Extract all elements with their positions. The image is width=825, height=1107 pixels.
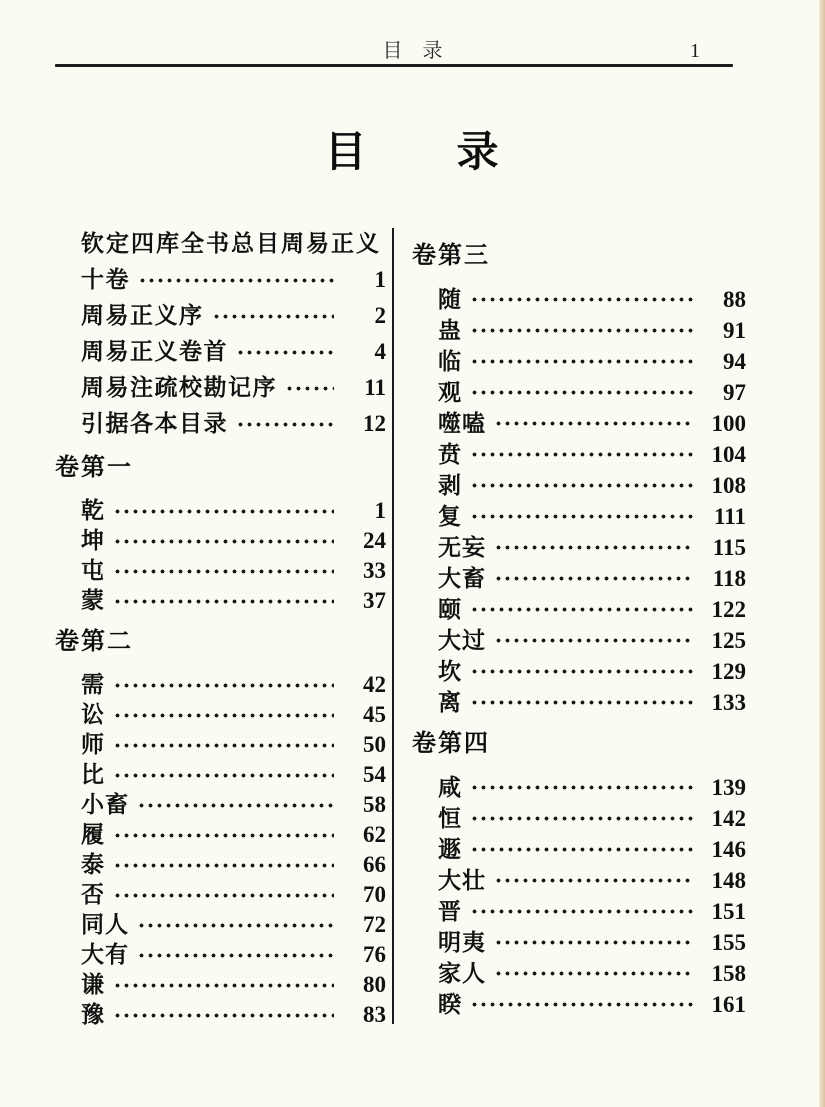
entry-label: 同人 bbox=[81, 910, 129, 940]
entry-label: 蒙 bbox=[81, 586, 105, 616]
entry-label: 贲 bbox=[438, 439, 462, 470]
toc-entry: 遯146 bbox=[412, 834, 746, 865]
entry-label: 晋 bbox=[438, 896, 462, 927]
entry-page-number: 42 bbox=[342, 670, 386, 700]
dot-leader bbox=[470, 450, 694, 459]
entry-label: 明夷 bbox=[438, 927, 486, 958]
toc-entry: 晋151 bbox=[412, 896, 746, 927]
entry-page-number: 58 bbox=[342, 790, 386, 820]
entry-label: 周易正义序 bbox=[81, 298, 204, 334]
entry-page-number: 158 bbox=[702, 958, 746, 989]
entry-label: 讼 bbox=[81, 700, 105, 730]
dot-leader bbox=[470, 698, 694, 707]
entry-label: 周易注疏校勘记序 bbox=[81, 370, 277, 406]
toc-entry: 咸139 bbox=[412, 772, 746, 803]
entry-page-number: 97 bbox=[702, 377, 746, 408]
entry-page-number: 139 bbox=[702, 772, 746, 803]
entry-page-number: 115 bbox=[702, 532, 746, 563]
dot-leader bbox=[236, 348, 334, 357]
entry-page-number: 94 bbox=[702, 346, 746, 377]
entry-label: 大有 bbox=[81, 940, 129, 970]
dot-leader bbox=[494, 419, 694, 428]
toc-entry: 否70 bbox=[55, 880, 386, 910]
entry-page-number: 146 bbox=[702, 834, 746, 865]
dot-leader bbox=[113, 891, 334, 900]
dot-leader bbox=[470, 481, 694, 490]
entry-page-number: 33 bbox=[342, 556, 386, 586]
dot-leader bbox=[113, 861, 334, 870]
dot-leader bbox=[470, 783, 694, 792]
dot-leader bbox=[470, 295, 694, 304]
toc-entry: 临94 bbox=[412, 346, 746, 377]
toc-entry: 无妄115 bbox=[412, 532, 746, 563]
entry-page-number: 111 bbox=[702, 501, 746, 532]
toc-entry: 师50 bbox=[55, 730, 386, 760]
entry-label: 否 bbox=[81, 880, 105, 910]
toc-entry: 贲104 bbox=[412, 439, 746, 470]
dot-leader bbox=[113, 597, 334, 606]
toc-entry: 噬嗑100 bbox=[412, 408, 746, 439]
entry-page-number: 72 bbox=[342, 910, 386, 940]
entry-page-number: 100 bbox=[702, 408, 746, 439]
entry-page-number: 129 bbox=[702, 656, 746, 687]
dot-leader bbox=[470, 814, 694, 823]
dot-leader bbox=[113, 981, 334, 990]
entry-page-number: 2 bbox=[342, 298, 386, 334]
dot-leader bbox=[113, 771, 334, 780]
dot-leader bbox=[113, 1011, 334, 1020]
entry-page-number: 118 bbox=[702, 563, 746, 594]
dot-leader bbox=[494, 876, 694, 885]
entry-label: 坎 bbox=[438, 656, 462, 687]
dot-leader bbox=[494, 543, 694, 552]
entry-page-number: 125 bbox=[702, 625, 746, 656]
toc-entry: 蒙37 bbox=[55, 586, 386, 616]
toc-entry: 比54 bbox=[55, 760, 386, 790]
running-header-page-number: 1 bbox=[690, 38, 700, 64]
toc-entry: 蛊91 bbox=[412, 315, 746, 346]
dot-leader bbox=[113, 537, 334, 546]
dot-leader bbox=[470, 326, 694, 335]
dot-leader bbox=[285, 384, 334, 393]
entry-label: 大壮 bbox=[438, 865, 486, 896]
entry-page-number: 50 bbox=[342, 730, 386, 760]
entry-page-number: 45 bbox=[342, 700, 386, 730]
toc-entry: 引据各本目录12 bbox=[55, 406, 386, 442]
toc-entry: 谦80 bbox=[55, 970, 386, 1000]
dot-leader bbox=[470, 512, 694, 521]
entry-page-number: 104 bbox=[702, 439, 746, 470]
toc-entry: 坤24 bbox=[55, 526, 386, 556]
entry-label: 豫 bbox=[81, 1000, 105, 1030]
toc-right-column: 卷第三随88蛊91临94观97噬嗑100贲104剥108复111无妄115大畜1… bbox=[412, 240, 746, 1020]
entry-page-number: 11 bbox=[342, 370, 386, 406]
entry-label: 家人 bbox=[438, 958, 486, 989]
entry-label: 大过 bbox=[438, 625, 486, 656]
toc-entry: 离133 bbox=[412, 687, 746, 718]
entry-label: 钦定四库全书总目周易正义 bbox=[81, 226, 381, 262]
header-rule bbox=[55, 64, 733, 67]
entry-label: 复 bbox=[438, 501, 462, 532]
entry-page-number: 142 bbox=[702, 803, 746, 834]
dot-leader bbox=[470, 1000, 694, 1009]
entry-page-number: 108 bbox=[702, 470, 746, 501]
entry-label: 屯 bbox=[81, 556, 105, 586]
page-edge-strip bbox=[819, 0, 825, 1107]
entry-label: 十卷 bbox=[81, 262, 130, 298]
toc-entry: 观97 bbox=[412, 377, 746, 408]
toc-entry: 小畜58 bbox=[55, 790, 386, 820]
entry-label: 剥 bbox=[438, 470, 462, 501]
toc-entry: 家人158 bbox=[412, 958, 746, 989]
dot-leader bbox=[212, 312, 335, 321]
toc-entry: 周易正义序2 bbox=[55, 298, 386, 334]
entry-label: 坤 bbox=[81, 526, 105, 556]
entry-page-number: 83 bbox=[342, 1000, 386, 1030]
entry-page-number: 62 bbox=[342, 820, 386, 850]
scanned-toc-page: 目 录 1 目 录 钦定四库全书总目周易正义十卷1周易正义序2周易正义卷首4周易… bbox=[0, 0, 825, 1107]
entry-page-number: 12 bbox=[342, 406, 386, 442]
dot-leader bbox=[137, 951, 334, 960]
entry-label: 恒 bbox=[438, 803, 462, 834]
entry-page-number: 133 bbox=[702, 687, 746, 718]
dot-leader bbox=[113, 567, 334, 576]
toc-entry: 复111 bbox=[412, 501, 746, 532]
dot-leader bbox=[113, 681, 334, 690]
entry-page-number: 54 bbox=[342, 760, 386, 790]
toc-entry: 乾1 bbox=[55, 496, 386, 526]
toc-left-column: 钦定四库全书总目周易正义十卷1周易正义序2周易正义卷首4周易注疏校勘记序11引据… bbox=[55, 226, 386, 1030]
dot-leader bbox=[138, 276, 334, 285]
section-title: 卷第二 bbox=[55, 626, 386, 658]
entry-page-number: 80 bbox=[342, 970, 386, 1000]
dot-leader bbox=[113, 741, 334, 750]
entry-label: 随 bbox=[438, 284, 462, 315]
entry-label: 引据各本目录 bbox=[81, 406, 228, 442]
toc-entry: 随88 bbox=[412, 284, 746, 315]
toc-entry: 明夷155 bbox=[412, 927, 746, 958]
dot-leader bbox=[470, 907, 694, 916]
dot-leader bbox=[470, 667, 694, 676]
page-title: 目 录 bbox=[0, 128, 825, 178]
entry-page-number: 88 bbox=[702, 284, 746, 315]
toc-entry: 大过125 bbox=[412, 625, 746, 656]
toc-entry: 周易正义卷首4 bbox=[55, 334, 386, 370]
entry-label: 睽 bbox=[438, 989, 462, 1020]
entry-page-number: 4 bbox=[342, 334, 386, 370]
column-divider bbox=[392, 228, 394, 1024]
section-title: 卷第一 bbox=[55, 452, 386, 484]
running-header-title: 目 录 bbox=[0, 38, 825, 64]
entry-page-number: 76 bbox=[342, 940, 386, 970]
entry-label: 颐 bbox=[438, 594, 462, 625]
dot-leader bbox=[113, 507, 334, 516]
entry-page-number: 155 bbox=[702, 927, 746, 958]
dot-leader bbox=[113, 711, 334, 720]
dot-leader bbox=[494, 969, 694, 978]
dot-leader bbox=[494, 938, 694, 947]
entry-label: 需 bbox=[81, 670, 105, 700]
dot-leader bbox=[236, 420, 334, 429]
entry-label: 咸 bbox=[438, 772, 462, 803]
entry-page-number: 37 bbox=[342, 586, 386, 616]
toc-entry: 恒142 bbox=[412, 803, 746, 834]
toc-entry: 履62 bbox=[55, 820, 386, 850]
entry-page-number: 148 bbox=[702, 865, 746, 896]
entry-label: 谦 bbox=[81, 970, 105, 1000]
toc-entry: 钦定四库全书总目周易正义 bbox=[55, 226, 386, 262]
entry-page-number: 1 bbox=[342, 496, 386, 526]
entry-page-number: 70 bbox=[342, 880, 386, 910]
entry-label: 周易正义卷首 bbox=[81, 334, 228, 370]
toc-entry: 颐122 bbox=[412, 594, 746, 625]
toc-entry: 周易注疏校勘记序11 bbox=[55, 370, 386, 406]
entry-label: 离 bbox=[438, 687, 462, 718]
dot-leader bbox=[137, 921, 334, 930]
entry-page-number: 66 bbox=[342, 850, 386, 880]
toc-entry: 讼45 bbox=[55, 700, 386, 730]
entry-page-number: 161 bbox=[702, 989, 746, 1020]
entry-label: 临 bbox=[438, 346, 462, 377]
entry-label: 泰 bbox=[81, 850, 105, 880]
entry-label: 小畜 bbox=[81, 790, 129, 820]
entry-label: 观 bbox=[438, 377, 462, 408]
entry-label: 比 bbox=[81, 760, 105, 790]
toc-entry: 大有76 bbox=[55, 940, 386, 970]
entry-label: 乾 bbox=[81, 496, 105, 526]
toc-entry: 需42 bbox=[55, 670, 386, 700]
dot-leader bbox=[470, 357, 694, 366]
entry-page-number: 24 bbox=[342, 526, 386, 556]
toc-entry: 泰66 bbox=[55, 850, 386, 880]
entry-label: 大畜 bbox=[438, 563, 486, 594]
section-title: 卷第三 bbox=[412, 240, 746, 272]
entry-page-number: 91 bbox=[702, 315, 746, 346]
dot-leader bbox=[470, 845, 694, 854]
dot-leader bbox=[470, 605, 694, 614]
toc-entry: 大壮148 bbox=[412, 865, 746, 896]
toc-entry: 同人72 bbox=[55, 910, 386, 940]
dot-leader bbox=[113, 831, 334, 840]
entry-label: 履 bbox=[81, 820, 105, 850]
dot-leader bbox=[494, 574, 694, 583]
dot-leader bbox=[137, 801, 334, 810]
entry-label: 蛊 bbox=[438, 315, 462, 346]
entry-page-number: 122 bbox=[702, 594, 746, 625]
section-title: 卷第四 bbox=[412, 728, 746, 760]
entry-page-number: 151 bbox=[702, 896, 746, 927]
dot-leader bbox=[494, 636, 694, 645]
entry-label: 遯 bbox=[438, 834, 462, 865]
toc-entry: 十卷1 bbox=[55, 262, 386, 298]
dot-leader bbox=[470, 388, 694, 397]
toc-entry: 屯33 bbox=[55, 556, 386, 586]
entry-label: 师 bbox=[81, 730, 105, 760]
toc-entry: 坎129 bbox=[412, 656, 746, 687]
toc-entry: 大畜118 bbox=[412, 563, 746, 594]
entry-label: 无妄 bbox=[438, 532, 486, 563]
toc-entry: 豫83 bbox=[55, 1000, 386, 1030]
entry-label: 噬嗑 bbox=[438, 408, 486, 439]
toc-entry: 剥108 bbox=[412, 470, 746, 501]
toc-entry: 睽161 bbox=[412, 989, 746, 1020]
entry-page-number: 1 bbox=[342, 262, 386, 298]
